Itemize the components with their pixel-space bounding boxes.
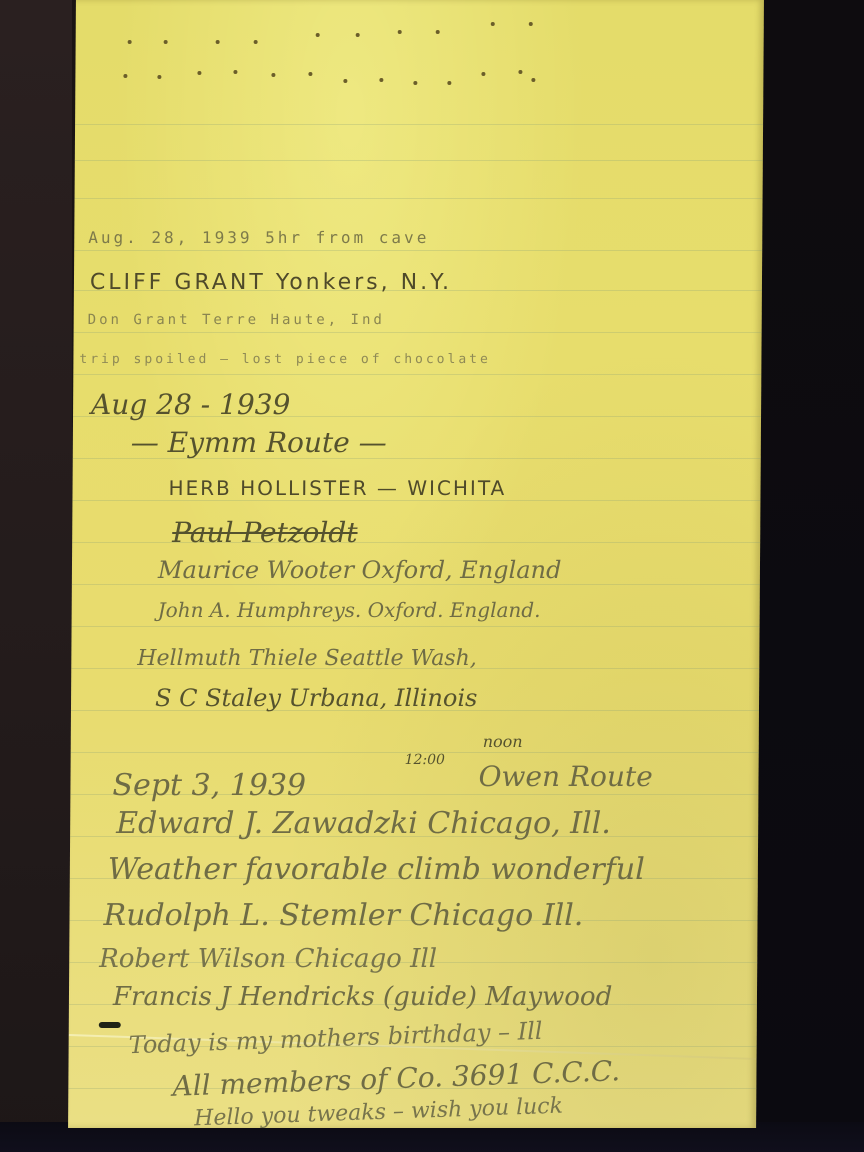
entry-line: Francis J Hendricks (guide) Maywood: [113, 982, 613, 1012]
dark-background-left: [0, 0, 72, 1152]
perforation-hole: [413, 81, 417, 85]
entry-line: Edward J. Zawadzki Chicago, Ill.: [116, 806, 611, 841]
perforation-hole: [123, 74, 127, 78]
entry-line: noon: [483, 732, 523, 751]
perforation-hole: [379, 78, 383, 82]
perforation-hole: [233, 70, 237, 74]
perforation-hole: [308, 72, 312, 76]
perforation-hole: [164, 40, 168, 44]
ruled-line: [72, 584, 760, 585]
ruled-line: [72, 500, 760, 501]
perforation-hole: [531, 78, 535, 82]
entry-line: Owen Route: [478, 760, 652, 793]
entry-line: CLIFF GRANT Yonkers, N.Y.: [90, 270, 452, 295]
entry-line: Aug 28 - 1939: [91, 388, 290, 421]
entry-line: Paul Petzoldt: [172, 516, 358, 549]
entry-line: Maurice Wooter Oxford, England: [158, 556, 562, 584]
entry-line: Today is my mothers birthday – Ill: [128, 1017, 543, 1059]
entry-line: Aug. 28, 1939 5hr from cave: [88, 228, 429, 247]
entry-line: Hellmuth Thiele Seattle Wash,: [137, 646, 477, 671]
ruled-line: [75, 198, 763, 199]
perforation-hole: [197, 71, 201, 75]
entry-line: HERB HOLLISTER — WICHITA: [168, 476, 506, 500]
ruled-line: [72, 626, 760, 627]
perforation-hole: [529, 22, 533, 26]
perforation-hole: [481, 72, 485, 76]
ruled-line: [75, 124, 763, 125]
ruled-line: [75, 160, 763, 161]
perforation-hole: [254, 40, 258, 44]
perforation-hole: [271, 73, 275, 77]
ruled-line: [74, 332, 762, 333]
perforation-hole: [491, 22, 495, 26]
entry-line: Sept 3, 1939: [112, 768, 306, 803]
entry-line: Don Grant Terre Haute, Ind: [88, 312, 385, 328]
staple-mark: [99, 1022, 121, 1028]
entry-line: S C Staley Urbana, Illinois: [155, 684, 478, 712]
perforation-hole: [356, 33, 360, 37]
entry-line: Robert Wilson Chicago Ill: [99, 944, 437, 974]
entry-line: — Eymm Route —: [131, 426, 387, 459]
entry-line: trip spoiled – lost piece of chocolate: [79, 352, 491, 367]
perforation-hole: [518, 70, 522, 74]
ruled-line: [73, 374, 761, 375]
entry-line: 12:00: [405, 752, 445, 768]
perforation-hole: [128, 40, 132, 44]
ruled-line: [74, 250, 762, 251]
perforation-hole: [157, 75, 161, 79]
entry-line: Weather favorable climb wonderful: [108, 852, 645, 887]
perforation-hole: [447, 81, 451, 85]
perforation-hole: [343, 79, 347, 83]
entry-line: John A. Humphreys. Oxford. England.: [158, 598, 541, 622]
perforation-hole: [316, 33, 320, 37]
entry-line: Rudolph L. Stemler Chicago Ill.: [103, 898, 583, 933]
perforation-hole: [436, 30, 440, 34]
perforation-hole: [216, 40, 220, 44]
legal-pad-page: Aug. 28, 1939 5hr from cave CLIFF GRANT …: [68, 0, 764, 1128]
perforation-hole: [398, 30, 402, 34]
